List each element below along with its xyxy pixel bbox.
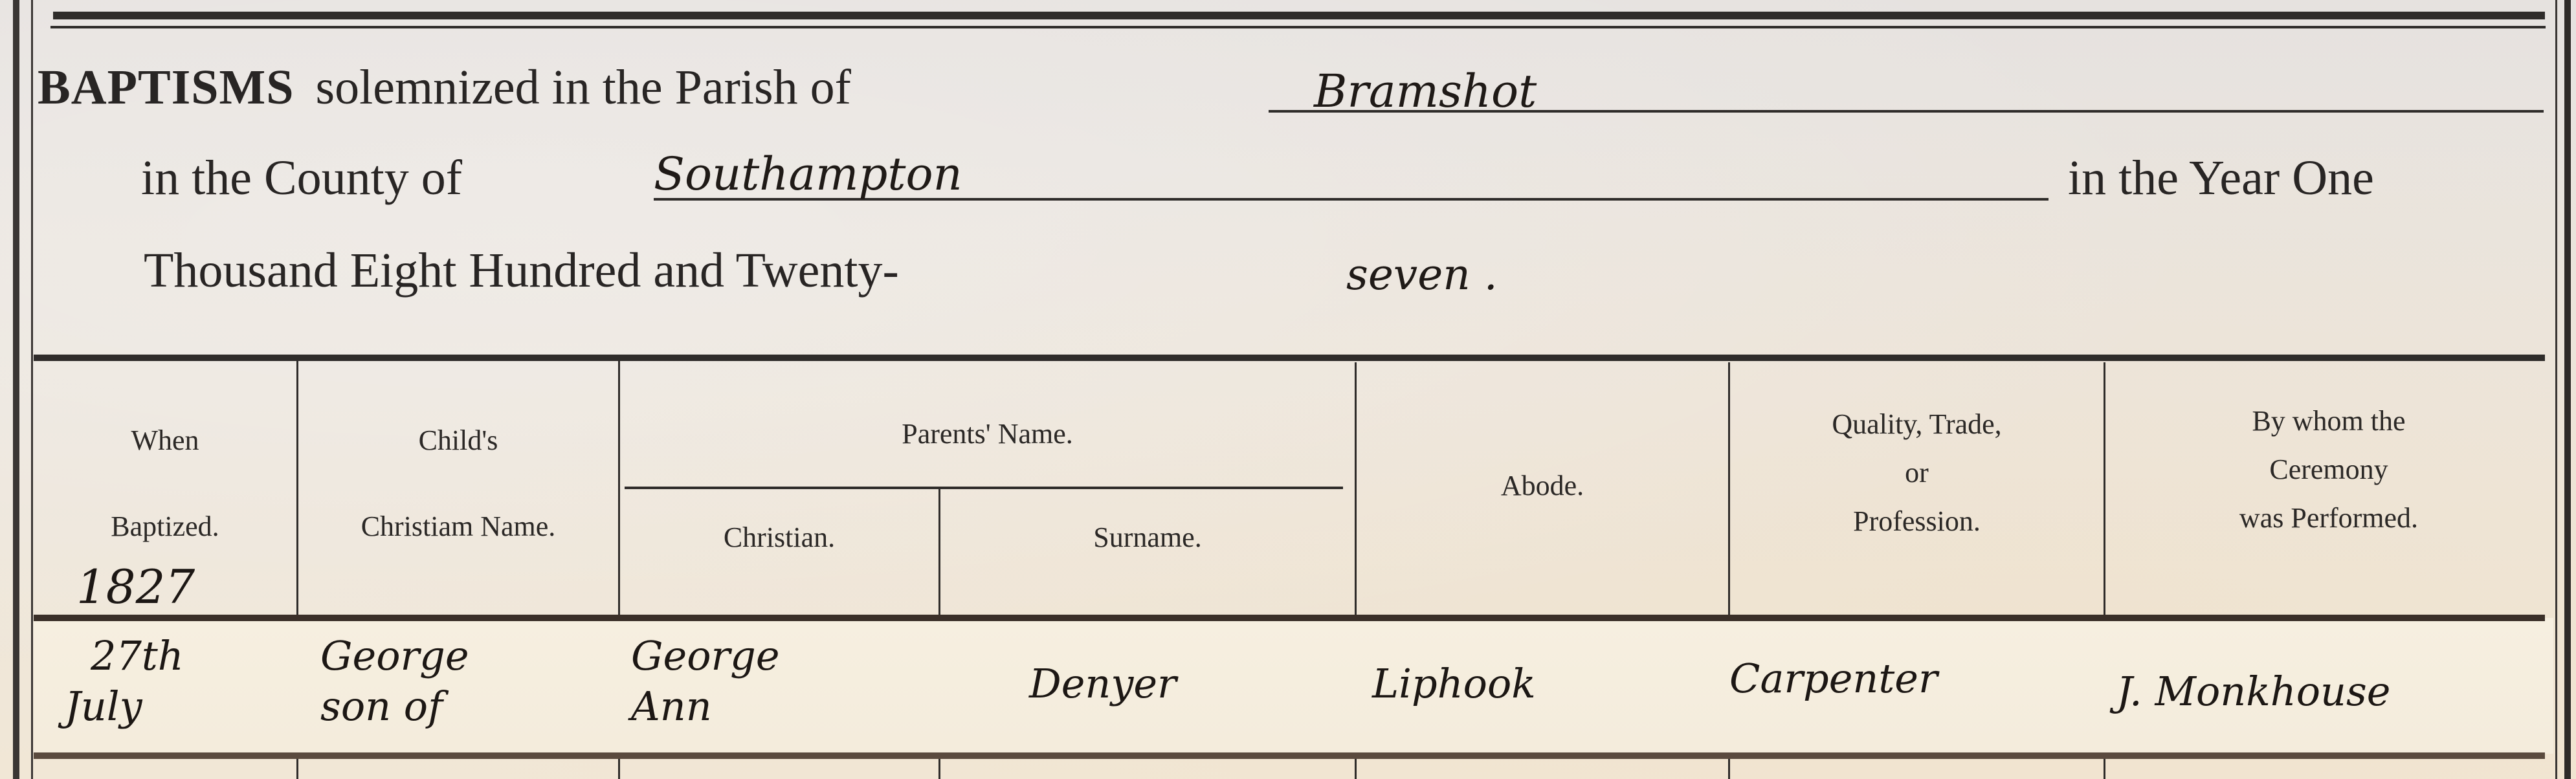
row-bottom-rule — [34, 752, 2545, 759]
left-border-thick — [13, 0, 19, 779]
header-quality-line3: Profession. — [1730, 505, 2104, 539]
heading-solemnized: solemnized in the Parish of — [316, 60, 851, 115]
header-by-whom-line3: was Performed. — [2105, 501, 2552, 536]
header-quality-line1: Quality, Trade, — [1730, 408, 2104, 442]
cell-father-name: George — [631, 631, 780, 681]
cell-abode: Liphook — [1372, 659, 1536, 709]
year-handwritten: seven . — [1346, 250, 1498, 300]
header-by-whom-line1: By whom the — [2105, 404, 2552, 439]
header-child-line2: Christiam Name. — [298, 510, 618, 544]
header-by-whom: By whom the Ceremony was Performed. — [2105, 404, 2552, 535]
top-rule-thin — [50, 26, 2546, 28]
cell-child-name: George son of — [320, 631, 469, 731]
header-parents-surname: Surname. — [940, 521, 1355, 555]
header-quality-line2: or — [1730, 456, 2104, 490]
right-border-thick — [2564, 0, 2571, 779]
header-parents-christian: Christian. — [620, 521, 938, 555]
cell-when: 27th July — [65, 631, 184, 731]
header-abode: Abode. — [1357, 469, 1728, 503]
parish-handwritten: Bramshot — [1314, 65, 1537, 118]
header-when-line2: Baptized. — [34, 510, 296, 544]
cell-mother-name: Ann — [631, 681, 780, 732]
cell-when-month: July — [65, 681, 184, 732]
header-when-line1: When — [34, 424, 296, 458]
parents-sub-rule — [625, 487, 1343, 489]
header-child: Child's Christiam Name. — [298, 424, 618, 544]
cell-by-whom: J. Monkhouse — [2116, 666, 2390, 717]
register-heading-line-3: Thousand Eight Hundred and Twenty- — [144, 243, 899, 299]
row-top-rule — [34, 615, 2545, 621]
right-border-thin — [2555, 0, 2557, 779]
cell-child-first: George — [320, 631, 469, 681]
header-child-line1: Child's — [298, 424, 618, 458]
header-parents: Parents' Name. — [620, 417, 1355, 452]
left-border-thin — [31, 0, 33, 779]
register-heading-line-1: BAPTISMS solemnized in the Parish of — [38, 60, 851, 116]
county-handwritten: Southampton — [654, 148, 962, 201]
top-rule-thick — [53, 12, 2545, 19]
header-when: When Baptized. — [34, 424, 296, 544]
heading-baptisms: BAPTISMS — [38, 60, 294, 115]
year-annotation: 1827 — [76, 558, 195, 616]
cell-child-relation: son of — [320, 681, 469, 732]
register-heading-line-2: in the County of — [141, 150, 462, 206]
cell-quality: Carpenter — [1729, 653, 1938, 704]
header-by-whom-line2: Ceremony — [2105, 453, 2552, 487]
cell-when-day: 27th — [65, 631, 184, 681]
register-page: BAPTISMS solemnized in the Parish of Bra… — [0, 0, 2576, 779]
cell-parents-christian: George Ann — [631, 631, 780, 731]
register-heading-year-one: in the Year One — [2068, 150, 2374, 206]
table-top-rule — [34, 355, 2545, 361]
header-quality: Quality, Trade, or Profession. — [1730, 408, 2104, 538]
cell-parents-surname: Denyer — [1029, 659, 1177, 709]
